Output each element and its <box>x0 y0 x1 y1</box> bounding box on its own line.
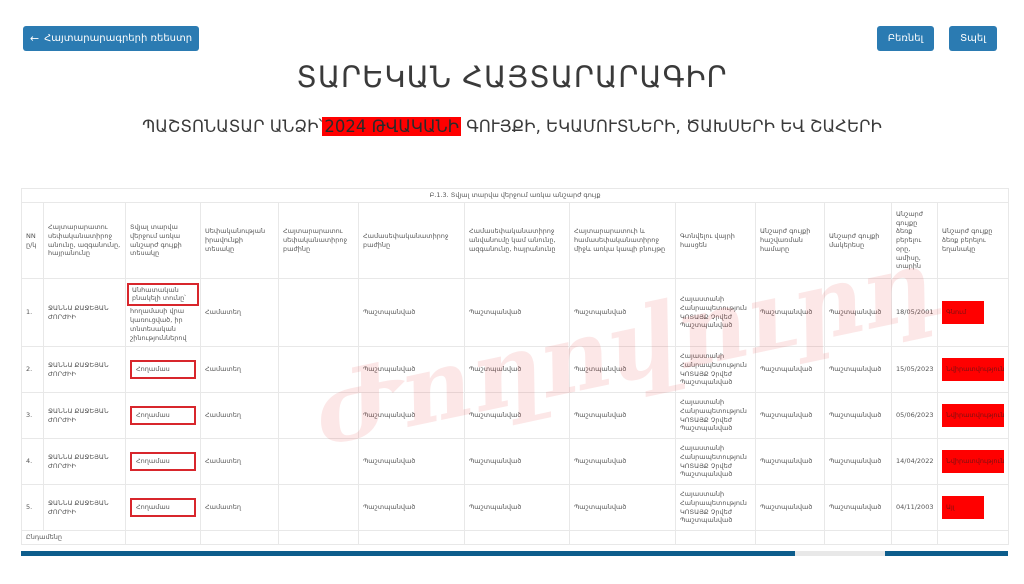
co-name-cell: Պաշտպանված <box>465 393 570 439</box>
date-cell: 18/05/2001 <box>892 279 938 347</box>
relation-cell: Պաշտպանված <box>570 485 676 531</box>
owner-share-cell <box>279 279 359 347</box>
acquisition-method-highlight: Նվիրատվություն <box>942 358 1004 381</box>
acquisition-method-cell: Այլ <box>938 485 1009 531</box>
owner-share-cell <box>279 393 359 439</box>
total-cell <box>126 531 201 545</box>
owner-cell: ՋԱՆՆԱ ՔԱՋԵՅԱՆ ԺՈՐԺԻԻ <box>44 347 126 393</box>
address-cell: Հայաստանի Հանրապետություն ԿՈՏԱՅՔ Չրվեժ Պ… <box>676 439 756 485</box>
column-header: Տվյալ տարվա վերջում առկա անշարժ գույքի տ… <box>126 203 201 279</box>
owner-share-cell <box>279 485 359 531</box>
co-name-cell: Պաշտպանված <box>465 347 570 393</box>
date-cell: 14/04/2022 <box>892 439 938 485</box>
table-row: 5.ՋԱՆՆԱ ՔԱՋԵՅԱՆ ԺՈՐԺԻԻՀողամասՀամատեղՊաշտ… <box>22 485 1009 531</box>
co-share-cell: Պաշտպանված <box>359 485 465 531</box>
total-label: Ընդամենը <box>22 531 126 545</box>
column-header: NN ը/կ <box>22 203 44 279</box>
area-cell: Պաշտպանված <box>825 347 892 393</box>
acquisition-method-cell: Նվիրատվություն <box>938 347 1009 393</box>
co-share-cell: Պաշտպանված <box>359 279 465 347</box>
relation-cell: Պաշտպանված <box>570 347 676 393</box>
area-cell: Պաշտպանված <box>825 439 892 485</box>
area-cell: Պաշտպանված <box>825 279 892 347</box>
owner-cell: ՋԱՆՆԱ ՔԱՋԵՅԱՆ ԺՈՐԺԻԻ <box>44 393 126 439</box>
total-cell <box>938 531 1009 545</box>
column-header: Հայտարարատուի և համասեփականատիրոջ միջև ա… <box>570 203 676 279</box>
owner-cell: ՋԱՆՆԱ ՔԱՋԵՅԱՆ ԺՈՐԺԻԻ <box>44 279 126 347</box>
total-cell <box>201 531 279 545</box>
date-cell: 15/05/2023 <box>892 347 938 393</box>
column-header: Հայտարարատու սեփականատիրոջ անունը, ազգան… <box>44 203 126 279</box>
address-cell: Հայաստանի Հանրապետություն ԿՈՏԱՅՔ Չրվեժ Պ… <box>676 393 756 439</box>
highlighted-property-type: Հողամաս <box>130 360 196 379</box>
address-cell: Հայաստանի Հանրապետություն ԿՈՏԱՅՔ Չրվեժ Պ… <box>676 347 756 393</box>
real-estate-table: Բ.1.3. Տվյալ տարվա վերջում առկա անշարժ գ… <box>21 188 1009 545</box>
owner-cell: ՋԱՆՆԱ ՔԱՋԵՅԱՆ ԺՈՐԺԻԻ <box>44 485 126 531</box>
co-name-cell: Պաշտպանված <box>465 485 570 531</box>
co-share-cell: Պաշտպանված <box>359 393 465 439</box>
area-cell: Պաշտպանված <box>825 485 892 531</box>
reg-no-cell: Պաշտպանված <box>756 393 825 439</box>
horizontal-scrollbar[interactable] <box>21 551 1008 556</box>
reg-no-cell: Պաշտպանված <box>756 485 825 531</box>
date-cell: 04/11/2003 <box>892 485 938 531</box>
address-cell: Հայաստանի Հանրապետություն ԿՈՏԱՅՔ Չրվեժ Պ… <box>676 485 756 531</box>
property-type-cell: Անհատական բնակելի տունը՝հողամասի վրա կառ… <box>126 279 201 347</box>
total-cell <box>570 531 676 545</box>
reg-no-cell: Պաշտպանված <box>756 347 825 393</box>
print-button[interactable]: Տպել <box>949 26 997 51</box>
subtitle-suffix: ԳՈՒՅՔԻ, ԵԿԱՄՈՒՏՆԵՐԻ, ԾԱԽՍԵՐԻ ԵՎ ՇԱՀԵՐԻ <box>466 117 882 136</box>
highlighted-property-type: Հողամաս <box>130 406 196 425</box>
co-name-cell: Պաշտպանված <box>465 439 570 485</box>
column-header: Անշարժ գույքը ձեռք բերելու օրը, ամիսը, տ… <box>892 203 938 279</box>
ownership-cell: Համատեղ <box>201 439 279 485</box>
table-row: 4.ՋԱՆՆԱ ՔԱՋԵՅԱՆ ԺՈՐԺԻԻՀողամասՀամատեղՊաշտ… <box>22 439 1009 485</box>
total-cell <box>825 531 892 545</box>
nn-cell: 5. <box>22 485 44 531</box>
property-type-detail: հողամասի վրա կառուցված, իր տնտեսական շին… <box>130 307 196 342</box>
table-row: 1.ՋԱՆՆԱ ՔԱՋԵՅԱՆ ԺՈՐԺԻԻԱնհատական բնակելի … <box>22 279 1009 347</box>
column-header: Համասեփականատիրոջ բաժինը <box>359 203 465 279</box>
area-cell: Պաշտպանված <box>825 393 892 439</box>
acquisition-method-highlight: Այլ <box>942 496 984 519</box>
download-button[interactable]: Բեռնել <box>877 26 934 51</box>
acquisition-method-cell: Նվիրատվություն <box>938 393 1009 439</box>
scrollbar-thumb[interactable] <box>21 551 795 556</box>
column-header: Անշարժ գույքի հաշվառման համարը <box>756 203 825 279</box>
reg-no-cell: Պաշտպանված <box>756 279 825 347</box>
page-subtitle: ՊԱՇՏՈՆԱՏԱՐ ԱՆՁԻ՝2024 ԹՎԱԿԱՆԻ ԳՈՒՅՔԻ, ԵԿԱ… <box>0 117 1024 136</box>
column-header: Հայտարարատու սեփականատիրոջ բաժինը <box>279 203 359 279</box>
ownership-cell: Համատեղ <box>201 279 279 347</box>
total-cell <box>756 531 825 545</box>
table-caption: Բ.1.3. Տվյալ տարվա վերջում առկա անշարժ գ… <box>22 189 1009 203</box>
total-cell <box>359 531 465 545</box>
table-row: 3.ՋԱՆՆԱ ՔԱՋԵՅԱՆ ԺՈՐԺԻԻՀողամասՀամատեղՊաշտ… <box>22 393 1009 439</box>
owner-share-cell <box>279 347 359 393</box>
highlighted-property-type: Հողամաս <box>130 498 196 517</box>
property-type-cell: Հողամաս <box>126 393 201 439</box>
column-header: Համասեփականատիրոջ անվանումը կամ անունը, … <box>465 203 570 279</box>
co-share-cell: Պաշտպանված <box>359 347 465 393</box>
subtitle-year-highlight: 2024 ԹՎԱԿԱՆԻ <box>322 117 461 136</box>
total-cell <box>892 531 938 545</box>
subtitle-prefix: ՊԱՇՏՈՆԱՏԱՐ ԱՆՁԻ՝ <box>142 117 322 136</box>
total-cell <box>465 531 570 545</box>
nn-cell: 4. <box>22 439 44 485</box>
nn-cell: 2. <box>22 347 44 393</box>
owner-cell: ՋԱՆՆԱ ՔԱՋԵՅԱՆ ԺՈՐԺԻԻ <box>44 439 126 485</box>
relation-cell: Պաշտպանված <box>570 439 676 485</box>
back-to-registry-button[interactable]: ← Հայտարարագրերի ռեեստր <box>23 26 199 51</box>
arrow-left-icon: ← <box>30 32 39 45</box>
table-row: 2.ՋԱՆՆԱ ՔԱՋԵՅԱՆ ԺՈՐԺԻԻՀողամասՀամատեղՊաշտ… <box>22 347 1009 393</box>
acquisition-method-highlight: Գնում <box>942 301 984 324</box>
acquisition-method-highlight: Նվիրատվություն <box>942 404 1004 427</box>
acquisition-method-highlight: Նվիրատվություն <box>942 450 1004 473</box>
back-button-label: Հայտարարագրերի ռեեստր <box>44 33 192 44</box>
total-cell <box>279 531 359 545</box>
scrollbar-thumb-end[interactable] <box>885 551 1008 556</box>
date-cell: 05/06/2023 <box>892 393 938 439</box>
table-header-row: NN ը/կՀայտարարատու սեփականատիրոջ անունը,… <box>22 203 1009 279</box>
ownership-cell: Համատեղ <box>201 485 279 531</box>
ownership-cell: Համատեղ <box>201 393 279 439</box>
co-name-cell: Պաշտպանված <box>465 279 570 347</box>
total-row: Ընդամենը <box>22 531 1009 545</box>
ownership-cell: Համատեղ <box>201 347 279 393</box>
nn-cell: 1. <box>22 279 44 347</box>
owner-share-cell <box>279 439 359 485</box>
reg-no-cell: Պաշտպանված <box>756 439 825 485</box>
acquisition-method-cell: Նվիրատվություն <box>938 439 1009 485</box>
property-type-cell: Հողամաս <box>126 485 201 531</box>
nn-cell: 3. <box>22 393 44 439</box>
address-cell: Հայաստանի Հանրապետություն ԿՈՏԱՅՔ Չրվեժ Պ… <box>676 279 756 347</box>
relation-cell: Պաշտպանված <box>570 279 676 347</box>
highlighted-property-type: Հողամաս <box>130 452 196 471</box>
column-header: Սեփականության իրավունքի տեսակը <box>201 203 279 279</box>
page-title: ՏԱՐԵԿԱՆ ՀԱՅՏԱՐԱՐԱԳԻՐ <box>0 60 1024 94</box>
column-header: Անշարժ գույքի մակերեսը <box>825 203 892 279</box>
highlighted-property-type: Անհատական բնակելի տունը՝ <box>127 283 199 307</box>
property-type-cell: Հողամաս <box>126 347 201 393</box>
total-cell <box>676 531 756 545</box>
column-header: Գտնվելու վայրի հասցեն <box>676 203 756 279</box>
relation-cell: Պաշտպանված <box>570 393 676 439</box>
co-share-cell: Պաշտպանված <box>359 439 465 485</box>
acquisition-method-cell: Գնում <box>938 279 1009 347</box>
property-type-cell: Հողամաս <box>126 439 201 485</box>
column-header: Անշարժ գույքը ձեռք բերելու եղանակը <box>938 203 1009 279</box>
